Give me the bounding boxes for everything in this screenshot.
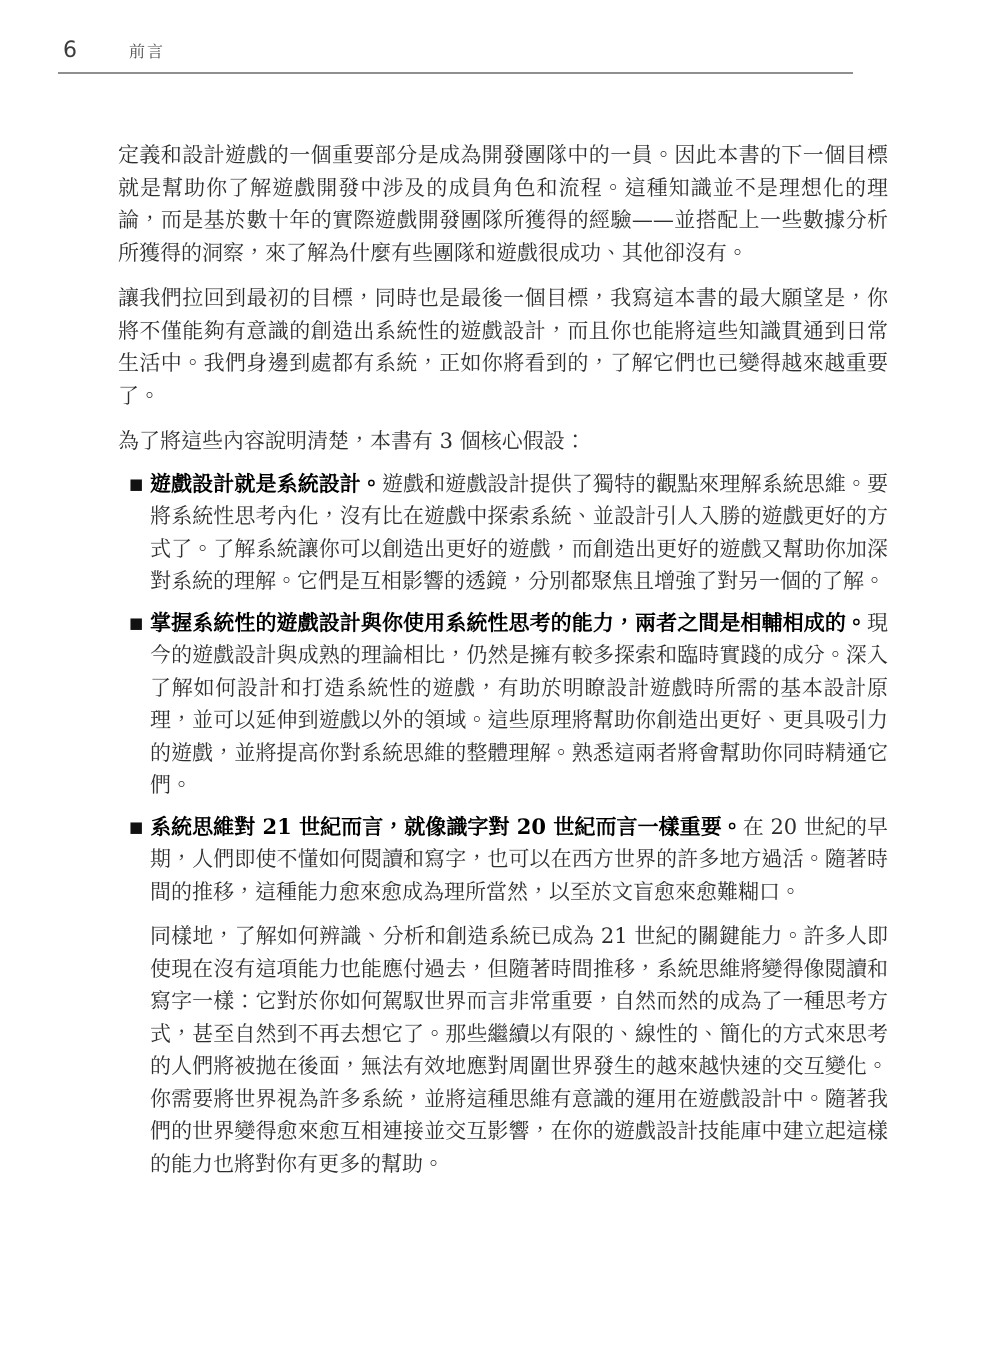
- page-content: 定義和設計遊戲的一個重要部分是成為開發團隊中的一員。因此本書的下一個目標就是幫助…: [118, 139, 888, 1189]
- square-bullet-icon: ■: [129, 468, 143, 501]
- chapter-title: 前言: [129, 39, 165, 62]
- bullet-lead-text: 掌握系統性的遊戲設計與你使用系統性思考的能力，兩者之間是相輔相成的。: [150, 610, 867, 635]
- bullet-lead-text: 系統思維對 21 世紀而言，就像識字對 20 世紀而言一樣重要。: [150, 814, 743, 839]
- paragraph: 定義和設計遊戲的一個重要部分是成為開發團隊中的一員。因此本書的下一個目標就是幫助…: [118, 139, 888, 269]
- square-bullet-icon: ■: [129, 811, 143, 844]
- list-item: ■ 掌握系統性的遊戲設計與你使用系統性思考的能力，兩者之間是相輔相成的。現今的遊…: [118, 607, 888, 802]
- bullet-continuation-paragraph: 同樣地，了解如何辨識、分析和創造系統已成為 21 世紀的關鍵能力。許多人即使現在…: [150, 920, 888, 1180]
- book-page: 6 前言 定義和設計遊戲的一個重要部分是成為開發團隊中的一員。因此本書的下一個目…: [0, 0, 1000, 1353]
- paragraph: 讓我們拉回到最初的目標，同時也是最後一個目標，我寫這本書的最大願望是，你將不僅能…: [118, 282, 888, 412]
- page-number: 6: [63, 38, 77, 63]
- paragraph-intro: 為了將這些內容說明清楚，本書有 3 個核心假設：: [118, 425, 888, 458]
- bullet-lead-text: 遊戲設計就是系統設計。: [150, 471, 382, 496]
- running-head: 6 前言: [63, 38, 853, 63]
- list-item: ■ 遊戲設計就是系統設計。遊戲和遊戲設計提供了獨特的觀點來理解系統思維。要將系統…: [118, 468, 888, 598]
- assumptions-list: ■ 遊戲設計就是系統設計。遊戲和遊戲設計提供了獨特的觀點來理解系統思維。要將系統…: [118, 468, 888, 1181]
- list-item: ■ 系統思維對 21 世紀而言，就像識字對 20 世紀而言一樣重要。在 20 世…: [118, 811, 888, 1181]
- square-bullet-icon: ■: [129, 607, 143, 640]
- header-rule: [58, 72, 853, 74]
- bullet-body-text: 現今的遊戲設計與成熟的理論相比，仍然是擁有較多探索和臨時實踐的成分。深入了解如何…: [150, 611, 888, 798]
